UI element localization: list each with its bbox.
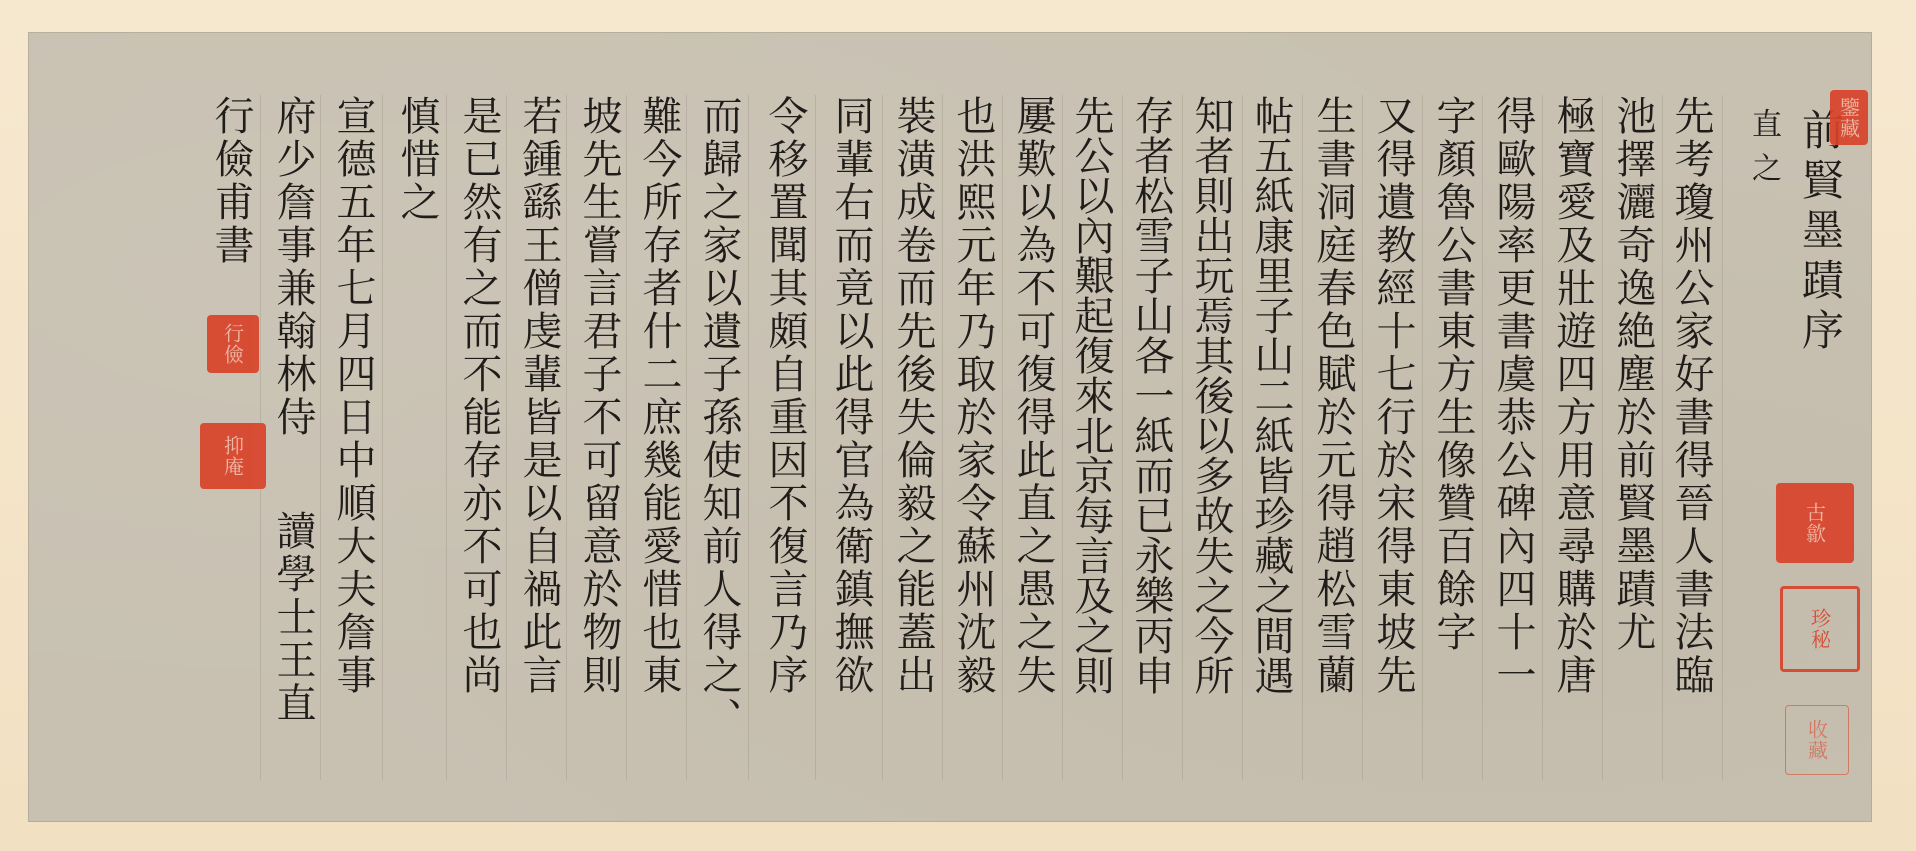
- seal-stamp: 收藏: [1785, 705, 1849, 775]
- colophon-title-line-cont: 讀學士王直: [268, 510, 318, 725]
- column-rule: [1722, 95, 1723, 780]
- column-rule: [1602, 95, 1603, 780]
- text-column: 而歸之家以遺子孫使知前人得之、: [694, 95, 744, 740]
- dedication: 直之: [1738, 108, 1788, 196]
- text-column: 知者則出玩焉其後以多故失之今所: [1188, 95, 1234, 695]
- column-rule: [1002, 95, 1003, 780]
- text-column: 得歐陽率更書虞恭公碑內四十一: [1488, 95, 1538, 697]
- colophon-title-line: 府少詹事兼翰林侍: [268, 95, 318, 439]
- column-rule: [506, 95, 507, 780]
- column-rule: [815, 95, 816, 780]
- column-rule: [382, 95, 383, 780]
- text-column: 帖五紙康里子山二紙皆珍藏之間遇: [1248, 95, 1294, 695]
- text-column: 令移置聞其頗自重因不復言乃序: [760, 95, 810, 697]
- column-rule: [748, 95, 749, 780]
- text-column: 極寶愛及壯遊四方用意尋購於唐: [1548, 95, 1598, 697]
- column-rule: [1662, 95, 1663, 780]
- column-rule: [1242, 95, 1243, 780]
- text-column: 字顏魯公書東方生像贊百餘字: [1428, 95, 1478, 654]
- column-rule: [882, 95, 883, 780]
- text-column: 同輩右而竟以此得官為衛鎮撫欲: [826, 95, 876, 697]
- text-column: 坡先生嘗言君子不可留意於物則: [574, 95, 624, 697]
- text-column: 裝潢成卷而先後失倫毅之能蓋出: [888, 95, 938, 697]
- signature-seal: 行儉: [207, 315, 259, 373]
- seal-stamp: 古歙: [1776, 483, 1854, 563]
- text-column: 又得遺教經十七行於宋得東坡先: [1368, 95, 1418, 697]
- column-rule: [942, 95, 943, 780]
- column-rule: [446, 95, 447, 780]
- text-column: 先考瓊州公家好書得晉人書法臨: [1666, 95, 1716, 697]
- column-rule: [566, 95, 567, 780]
- column-rule: [1122, 95, 1123, 780]
- signature-seal: 抑庵: [200, 423, 266, 489]
- column-rule: [1362, 95, 1363, 780]
- text-column: 難今所存者什二庶幾能愛惜也東: [634, 95, 684, 697]
- column-rule: [1542, 95, 1543, 780]
- text-column: 慎惜之: [392, 95, 442, 224]
- text-column: 存者松雪子山各一紙而已永樂丙申: [1128, 95, 1174, 695]
- column-rule: [1482, 95, 1483, 780]
- text-column: 池擇灑奇逸絶塵於前賢墨蹟尤: [1608, 95, 1658, 654]
- text-column: 也洪熙元年乃取於家令蘇州沈毅: [948, 95, 998, 697]
- scroll-title: 前賢墨蹟序: [1795, 108, 1845, 358]
- column-rule: [626, 95, 627, 780]
- column-rule: [1182, 95, 1183, 780]
- column-rule: [320, 95, 321, 780]
- column-rule: [686, 95, 687, 780]
- seal-stamp: 鑒藏: [1830, 90, 1868, 145]
- text-column: 屢歎以為不可復得此直之愚之失: [1008, 95, 1058, 697]
- text-column: 若鍾繇王僧虔輩皆是以自禍此言: [514, 95, 564, 697]
- column-rule: [1422, 95, 1423, 780]
- text-column: 先公以內艱起復來北京每言及之則: [1068, 95, 1114, 695]
- column-rule: [1302, 95, 1303, 780]
- column-rule: [1062, 95, 1063, 780]
- text-column: 生書洞庭春色賦於元得趙松雪蘭: [1308, 95, 1358, 697]
- seal-stamp: 珍秘: [1780, 586, 1860, 672]
- colophon-date-line: 宣德五年七月四日中順大夫詹事: [328, 95, 378, 697]
- colophon-signature: 行儉甫書: [206, 95, 256, 267]
- text-column: 是已然有之而不能存亦不可也尚: [454, 95, 504, 697]
